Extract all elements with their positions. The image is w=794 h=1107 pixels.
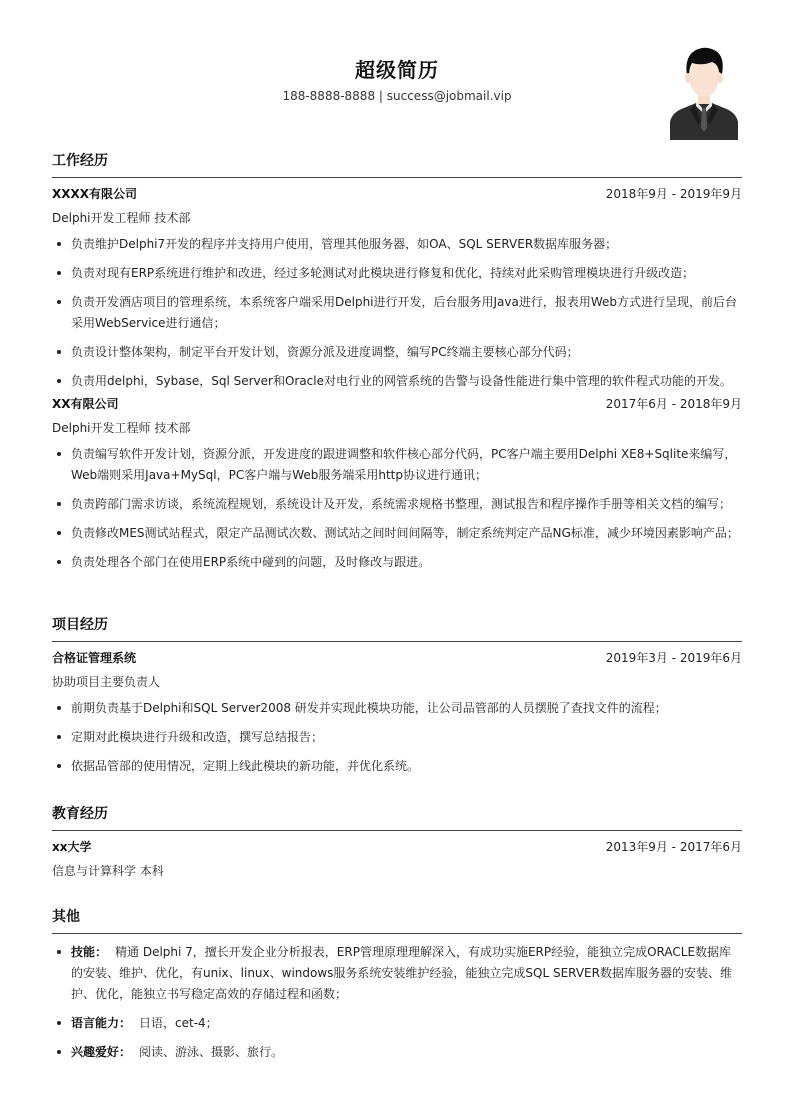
section-education: 教育经历 xx大学 2013年9月 - 2017年6月 信息与计算科学 本科 bbox=[52, 803, 742, 883]
section-other: 其他 技能：精通 Delphi 7，擅长开发企业分析报表，ERP管理原理理解深入… bbox=[52, 906, 742, 1071]
list-item-hobbies: 兴趣爱好：阅读、游泳、摄影、旅行。 bbox=[52, 1042, 742, 1063]
contact-info: 188-8888-8888 | success@jobmail.vip bbox=[52, 89, 742, 103]
list-item: 负责用delphi，Sybase，Sql Server和Oracle对电行业的网… bbox=[52, 371, 742, 392]
list-item: 负责对现有ERP系统进行维护和改进，经过多轮测试对此模块进行修复和优化，持续对此… bbox=[52, 263, 742, 284]
list-item: 负责跨部门需求访谈，系统流程规划，系统设计及开发，系统需求规格书整理，测试报告和… bbox=[52, 494, 742, 515]
responsibility-list: 负责维护Delphi7开发的程序并支持用户使用，管理其他服务器，如OA、SQL … bbox=[52, 234, 742, 392]
section-title: 教育经历 bbox=[52, 803, 742, 831]
list-item: 负责开发酒店项目的管理系统，本系统客户端采用Delphi进行开发，后台服务用Ja… bbox=[52, 292, 742, 334]
list-item: 前期负责基于Delphi和SQL Server2008 研发并实现此模块功能，让… bbox=[52, 698, 742, 719]
item-text: 精通 Delphi 7，擅长开发企业分析报表，ERP管理原理理解深入，有成功实施… bbox=[71, 945, 732, 1001]
resume-page: 超级简历 188-8888-8888 | success@jobmail.vip… bbox=[52, 0, 742, 145]
list-item: 负责维护Delphi7开发的程序并支持用户使用，管理其他服务器，如OA、SQL … bbox=[52, 234, 742, 255]
job-title: Delphi开发工程师 技术部 bbox=[52, 416, 742, 440]
project-role: 协助项目主要负责人 bbox=[52, 670, 742, 694]
date-range: 2018年9月 - 2019年9月 bbox=[606, 182, 742, 206]
item-text: 阅读、游泳、摄影、旅行。 bbox=[139, 1045, 283, 1059]
list-item: 负责修改MES测试站程式，限定产品测试次数、测试站之间时间间隔等，制定系统判定产… bbox=[52, 523, 742, 544]
list-item-languages: 语言能力：日语，cet-4； bbox=[52, 1013, 742, 1034]
other-list: 技能：精通 Delphi 7，擅长开发企业分析报表，ERP管理原理理解深入，有成… bbox=[52, 942, 742, 1063]
list-item: 负责处理各个部门在使用ERP系统中碰到的问题，及时修改与跟进。 bbox=[52, 552, 742, 573]
school-name: xx大学 bbox=[52, 835, 91, 859]
item-label: 语言能力： bbox=[71, 1016, 131, 1030]
list-item: 依据品管部的使用情况，定期上线此模块的新功能，并优化系统。 bbox=[52, 756, 742, 777]
degree-major: 信息与计算科学 本科 bbox=[52, 859, 742, 883]
item-label: 兴趣爱好： bbox=[71, 1045, 131, 1059]
project-name: 合格证管理系统 bbox=[52, 646, 136, 670]
date-range: 2013年9月 - 2017年6月 bbox=[606, 835, 742, 859]
resume-header: 超级简历 188-8888-8888 | success@jobmail.vip bbox=[52, 0, 742, 145]
responsibility-list: 负责编写软件开发计划，资源分派，开发进度的跟进调整和软件核心部分代码，PC客户端… bbox=[52, 444, 742, 573]
list-item: 负责编写软件开发计划，资源分派，开发进度的跟进调整和软件核心部分代码，PC客户端… bbox=[52, 444, 742, 486]
item-text: 日语，cet-4； bbox=[139, 1016, 218, 1030]
section-title: 工作经历 bbox=[52, 150, 742, 178]
section-work-experience: 工作经历 XXXX有限公司 2018年9月 - 2019年9月 Delphi开发… bbox=[52, 150, 742, 581]
date-range: 2017年6月 - 2018年9月 bbox=[606, 392, 742, 416]
item-label: 技能： bbox=[71, 945, 107, 959]
work-entry: XX有限公司 2017年6月 - 2018年9月 Delphi开发工程师 技术部… bbox=[52, 392, 742, 573]
list-item-skills: 技能：精通 Delphi 7，擅长开发企业分析报表，ERP管理原理理解深入，有成… bbox=[52, 942, 742, 1005]
section-title: 其他 bbox=[52, 906, 742, 934]
date-range: 2019年3月 - 2019年6月 bbox=[606, 646, 742, 670]
list-item: 负责设计整体架构，制定平台开发计划，资源分派及进度调整，编写PC终端主要核心部分… bbox=[52, 342, 742, 363]
company-name: XXXX有限公司 bbox=[52, 182, 137, 206]
responsibility-list: 前期负责基于Delphi和SQL Server2008 研发并实现此模块功能，让… bbox=[52, 698, 742, 777]
company-name: XX有限公司 bbox=[52, 392, 119, 416]
person-avatar-icon bbox=[668, 44, 740, 140]
job-title: Delphi开发工程师 技术部 bbox=[52, 206, 742, 230]
project-entry: 合格证管理系统 2019年3月 - 2019年6月 协助项目主要负责人 前期负责… bbox=[52, 646, 742, 777]
list-item: 定期对此模块进行升级和改造，撰写总结报告； bbox=[52, 727, 742, 748]
section-project-experience: 项目经历 合格证管理系统 2019年3月 - 2019年6月 协助项目主要负责人… bbox=[52, 614, 742, 785]
candidate-name: 超级简历 bbox=[52, 54, 742, 83]
section-title: 项目经历 bbox=[52, 614, 742, 642]
education-entry: xx大学 2013年9月 - 2017年6月 信息与计算科学 本科 bbox=[52, 835, 742, 883]
work-entry: XXXX有限公司 2018年9月 - 2019年9月 Delphi开发工程师 技… bbox=[52, 182, 742, 392]
